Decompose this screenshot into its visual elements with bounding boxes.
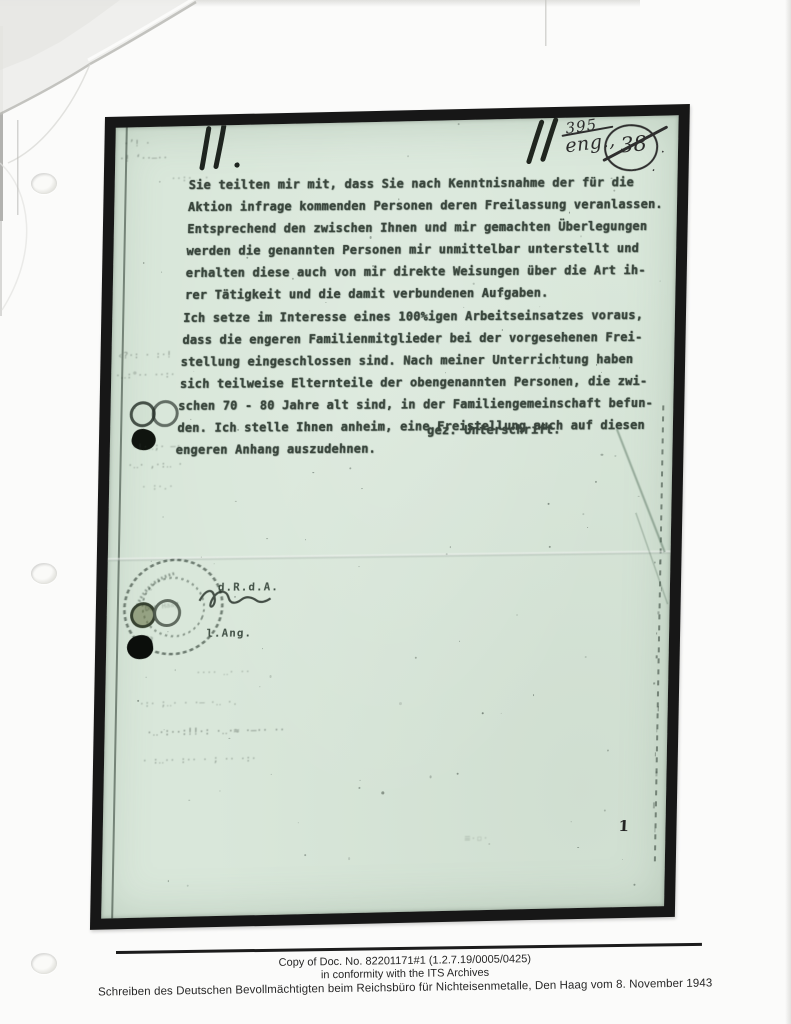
speckle-dot [463,307,464,308]
fold-dash [656,656,658,659]
letter-p1-line6: rer Tätigkeit und die damit verbundenen … [185,286,549,302]
speckle-dot [533,694,535,696]
speckle-dot [577,847,579,849]
letter-p2-line4: sich teilweise Elternteile der obengenan… [180,374,648,391]
ghost-smudge-row: ···· ‥· ·· [196,667,251,678]
speckle-dot [654,562,655,563]
speckle-dot [359,780,360,781]
stamp-group: Der Haag 23 d.R.d.A. l.Ang. [103,544,389,726]
speckle-dot [622,859,623,860]
fold-dash [656,632,658,634]
ghost-smudge-row: ·‥·:··:!!·: ·‥·≈ ·–·· ·· [146,725,285,739]
page-number-pen-mark: 1 [618,817,629,835]
letter-p1-line2: Aktion infrage kommenden Personen deren … [188,197,663,214]
speckle-dot [445,553,447,555]
speckle-dot [456,773,458,775]
letter-p2-line7: engeren Anhang auszudehnen. [175,442,376,457]
speckle-dot [638,495,639,496]
photocopy-frame: 395 eng., 38 · . Sie teilten mir mit, da… [90,104,690,930]
letter-p1-line5: erhalten diese auch von mir direkte Weis… [185,263,646,280]
ghost-smudge-row: ·‥:°·· ··:· [115,370,175,381]
speckle-dot [620,207,622,209]
fold-dash [655,752,657,756]
letter-body: Sie teilten mir mit, dass Sie nach Kennt… [102,123,678,547]
fold-dash [661,588,663,591]
speckle-dot [488,843,490,845]
ghost-smudge-row: ·’! · [123,139,150,150]
speckle-dot [271,774,272,775]
speckle-dot [429,776,432,779]
speckle-dot [604,809,606,811]
speckle-dot [450,546,452,548]
speckle-dot [482,713,484,715]
speckle-dot [381,792,384,795]
speckle-dot [549,546,551,548]
punch-hole-middle [31,563,57,584]
speckle-dot [358,787,360,789]
ghost-smudge-row: ≡·▫· [464,833,488,845]
speckle-dot [167,880,169,882]
speckle-dot [501,329,502,330]
fold-dash [656,729,658,733]
punch-hole-bottom [31,953,57,974]
speckle-dot [229,738,231,740]
speckle-dot [634,884,636,886]
ghost-smudge-row: ‹?·: · :·! [117,350,171,361]
speckle-dot [186,884,188,886]
ghost-smudge-row: · :·.· [141,482,174,493]
fold-dash [654,828,656,832]
letter-p1-line3: Entsprechend den zwischen Ihnen und mir … [187,219,648,236]
speckle-dot [273,387,274,388]
document-paper: 395 eng., 38 · . Sie teilten mir mit, da… [101,115,679,918]
fold-dash [657,706,659,711]
speckle-dot [348,857,351,860]
letter-p2-line1: Ich setze im Interesse eines 100%igen Ar… [183,308,644,325]
speckle-dot [190,419,191,420]
ghost-smudge-row: ··:·‥ · [171,174,210,185]
speckle-dot [150,561,151,562]
letter-p2-line3: stellung eingeschlossen sind. Nach meine… [180,352,633,369]
speckle-dot [571,821,572,822]
speckle-dot [596,364,598,366]
scanned-archive-page: { "scan": { "top_annotations": { "tally_… [0,0,791,1024]
speckle-dot [158,181,160,183]
ghost-smudge-row: · :‥·· :·· · ; ·· ·:· [142,754,257,767]
signature-line: gez. Unterschrift. [427,423,561,438]
speckle-dot [304,854,306,856]
letter-p2-line5: schen 70 - 80 Jahre alt sind, in der Fam… [178,396,653,413]
ghost-smudge-row: ·! ‘··–·· [119,154,168,165]
speckle-dot [457,123,459,125]
speckle-dot [516,614,517,615]
fold-dash [659,560,661,565]
speckle-dot [201,556,202,557]
letter-p1-line1: Sie teilten mir mit, dass Sie nach Kennt… [188,175,634,192]
speckle-dot [219,790,221,792]
speckle-dot [415,657,417,659]
fold-dash [653,682,655,684]
speckle-dot [459,641,460,642]
ghost-smudge-row: ·!·‥;· –· [132,442,182,453]
speckle-dot [237,429,239,431]
letter-p2-line2: dass die engeren Familienmitglieder bei … [182,330,643,347]
ghost-smudge-row: ·‥· ,·:‥ · [127,460,183,471]
fold-dash [658,611,660,615]
speckle-dot [501,712,502,713]
speckle-dot [167,631,168,632]
speckle-dot [286,182,287,183]
speckle-dot [585,656,587,658]
letter-p2-line6: den. Ich stelle Ihnen anheim, eine Freis… [177,418,645,435]
speckle-dot [437,342,440,345]
punch-hole-top [31,173,57,194]
speckle-dot [164,729,165,730]
speckle-dot [357,448,359,450]
speckle-dot [189,799,191,801]
speckle-dot [298,822,300,824]
speckle-dot [473,283,474,284]
fold-dash [656,771,658,776]
speckle-dot [369,236,371,238]
speckle-dot [607,750,609,752]
speckle-dot [399,702,402,705]
stamp-typed-fragment-2: l.Ang. [206,627,252,640]
letter-p1-line4: werden die genannten Personen mir unmitt… [186,241,639,258]
stamp-typed-fragment-1: d.R.d.A. [218,580,279,593]
fold-dash [653,803,655,809]
speckle-dot [134,408,135,409]
